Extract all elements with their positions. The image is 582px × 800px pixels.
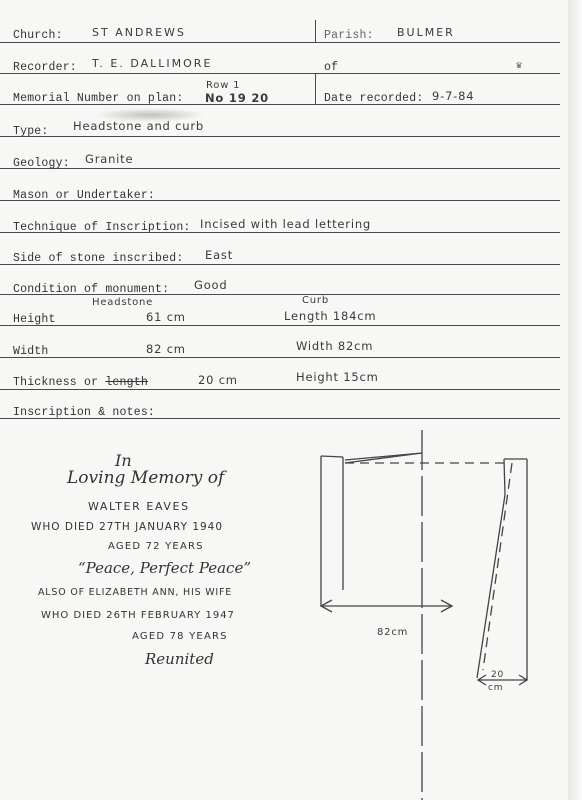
memorial-number-value: No 19 20 xyxy=(205,91,269,105)
side-value: East xyxy=(205,248,233,262)
recorder-value: T. E. DALLIMORE xyxy=(92,57,212,70)
thickness-label: Thickness or length xyxy=(13,376,148,389)
inscription-line: Reunited xyxy=(145,650,214,668)
divider xyxy=(0,389,560,390)
memorial-number-label: Memorial Number on plan: xyxy=(13,92,183,105)
condition-label: Condition of monument: xyxy=(13,283,169,296)
thickness-label-struck: length xyxy=(105,376,148,389)
column-divider xyxy=(315,20,316,42)
curb-heading: Curb xyxy=(302,295,329,306)
divider xyxy=(0,325,560,326)
mason-label: Mason or Undertaker: xyxy=(13,189,155,202)
width-label: Width xyxy=(13,345,49,358)
inscription-line: ALSO OF ELIZABETH ANN, HIS WIFE xyxy=(38,587,232,598)
condition-value: Good xyxy=(194,278,227,292)
divider xyxy=(0,73,560,74)
headstone-height-value: 61 cm xyxy=(146,310,186,324)
diagram-thickness-label-top: 20 xyxy=(491,670,504,680)
church-value: ST ANDREWS xyxy=(92,26,186,39)
divider xyxy=(0,357,560,358)
record-form: Church: ST ANDREWS Parish: BULMER Record… xyxy=(0,0,568,800)
date-recorded-value: 9-7-84 xyxy=(432,89,474,103)
side-label: Side of stone inscribed: xyxy=(13,252,183,265)
date-recorded-label: Date recorded: xyxy=(324,92,423,105)
inscription-line: AGED 78 YEARS xyxy=(132,631,228,642)
curb-height-value: Height 15cm xyxy=(296,370,379,384)
memorial-row-note: Row 1 xyxy=(206,80,240,91)
technique-label: Technique of Inscription: xyxy=(13,221,191,234)
notes-label: Inscription & notes: xyxy=(13,406,155,419)
inscription-line: Loving Memory of xyxy=(67,468,224,488)
headstone-diagram xyxy=(300,430,570,800)
type-value: Headstone and curb xyxy=(73,119,204,133)
divider xyxy=(0,42,560,43)
inscription-line: WHO DIED 27TH JANUARY 1940 xyxy=(31,521,223,533)
headstone-width-value: 82 cm xyxy=(146,342,186,356)
inscription-line: WALTER EAVES xyxy=(88,500,190,513)
technique-value: Incised with lead lettering xyxy=(200,217,371,231)
geology-label: Geology: xyxy=(13,157,70,170)
parish-value: BULMER xyxy=(397,26,455,39)
headstone-heading: Headstone xyxy=(92,297,153,308)
inscription-line: WHO DIED 26TH FEBRUARY 1947 xyxy=(41,610,235,621)
height-label: Height xyxy=(13,313,56,326)
of-label: of xyxy=(324,61,338,74)
curb-length-value: Length 184cm xyxy=(284,309,376,323)
type-label: Type: xyxy=(13,125,49,138)
parish-label: Parish: xyxy=(324,29,374,42)
diagram-thickness-label-bottom: cm xyxy=(488,683,503,693)
crown-mark-icon: ♛ xyxy=(516,60,522,72)
divider xyxy=(0,168,560,169)
geology-value: Granite xyxy=(85,152,133,166)
diagram-width-label: 82cm xyxy=(376,627,409,638)
inscription-line: AGED 72 YEARS xyxy=(108,541,204,552)
inscription-line: “Peace, Perfect Peace” xyxy=(78,559,251,577)
divider xyxy=(0,136,560,137)
headstone-thickness-value: 20 cm xyxy=(198,373,238,387)
thickness-label-prefix: Thickness or xyxy=(13,376,98,389)
recorder-label: Recorder: xyxy=(13,61,77,74)
paper-edge xyxy=(568,0,582,800)
church-label: Church: xyxy=(13,29,63,42)
curb-width-value: Width 82cm xyxy=(296,339,373,353)
column-divider xyxy=(315,74,316,104)
